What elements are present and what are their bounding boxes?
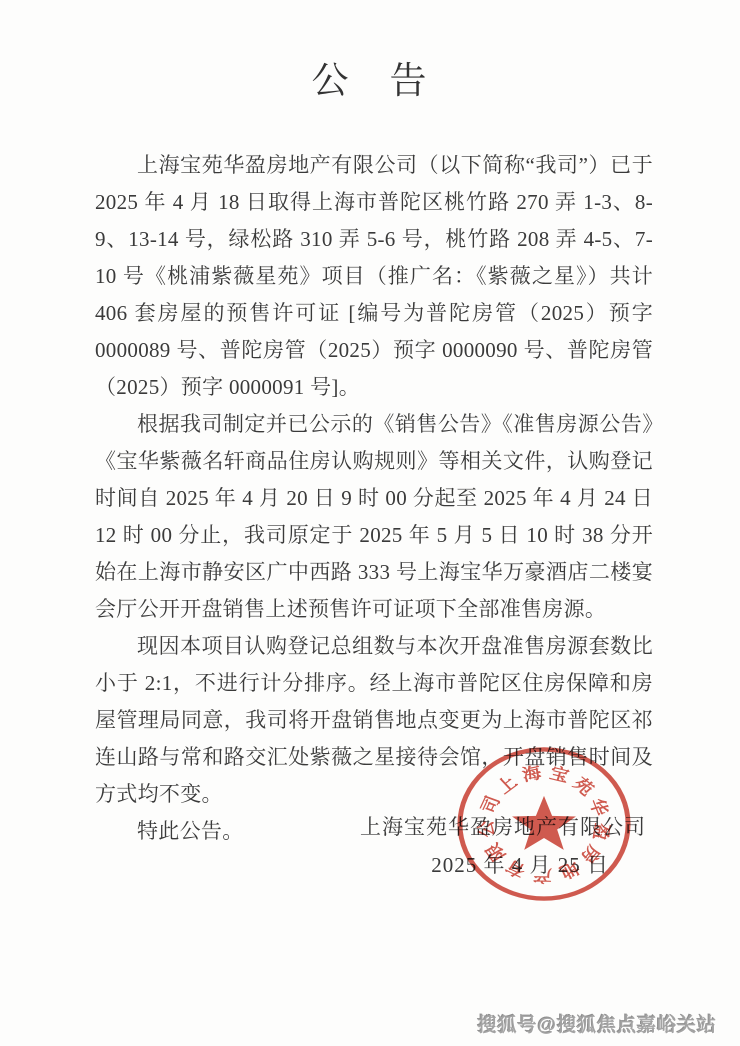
signature-company: 上海宝苑华盈房地产有限公司 — [360, 811, 646, 841]
announcement-document: 公 告 上海宝苑华盈房地产有限公司（以下简称“我司”）已于 2025 年 4 月… — [0, 0, 740, 1046]
paragraph-venue-change: 现因本项目认购登记总组数与本次开盘准售房源套数比小于 2:1，不进行计分排序。经… — [95, 628, 653, 813]
document-body: 上海宝苑华盈房地产有限公司（以下简称“我司”）已于 2025 年 4 月 18 … — [95, 147, 653, 850]
paragraph-presale-permit: 上海宝苑华盈房地产有限公司（以下简称“我司”）已于 2025 年 4 月 18 … — [95, 147, 653, 406]
watermark-sohu-badge: 搜狐号@搜狐焦点嘉峪关站 — [477, 1010, 717, 1037]
paragraph-registration-period: 根据我司制定并已公示的《销售公告》《准售房源公告》《宝华紫薇名轩商品住房认购规则… — [95, 406, 653, 628]
document-title: 公 告 — [0, 50, 740, 104]
signature-date: 2025 年 4 月 25 日 — [431, 849, 609, 879]
